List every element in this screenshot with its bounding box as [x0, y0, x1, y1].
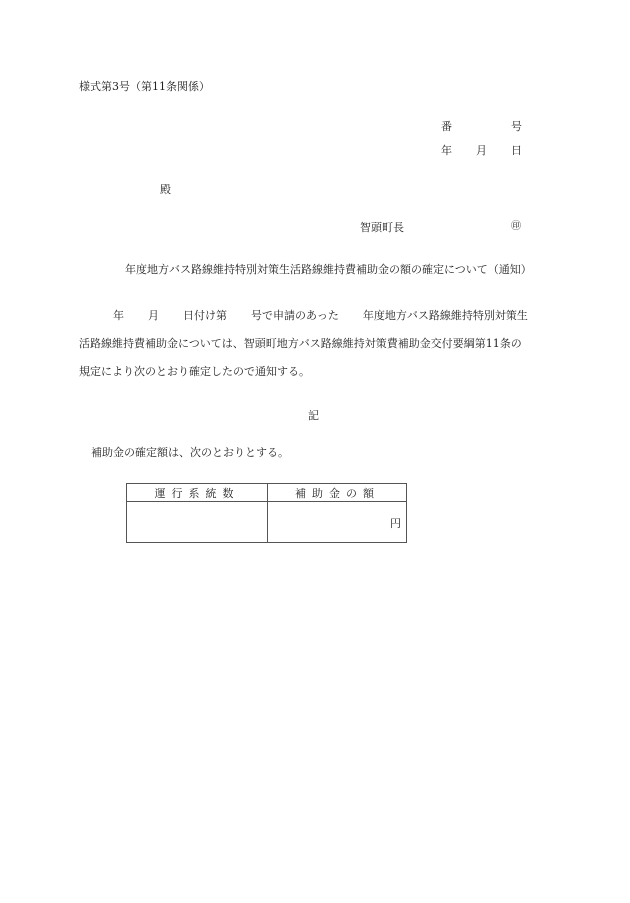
date-month-label: 月	[476, 145, 487, 156]
document-subject: 年度地方バス路線維持特別対策生活路線維持費補助金の額の確定について（通知）	[125, 264, 532, 275]
number-label-go: 号	[511, 121, 522, 132]
header-routes: 運行系統数	[127, 487, 267, 501]
body-month: 月	[148, 310, 159, 321]
yen-unit: 円	[390, 518, 401, 529]
date-day-label: 日	[511, 145, 522, 156]
body-text-part: 年度地方バス路線維持特別対策生	[363, 310, 528, 321]
seal-icon: ㊞	[511, 222, 521, 232]
body-line-1: 年月日付け第号で申請のあった年度地方バス路線維持特別対策生	[113, 310, 528, 321]
sender-title: 智頭町長	[360, 222, 404, 233]
body-year: 年	[113, 310, 124, 321]
number-label-ban: 番	[441, 121, 452, 132]
date-year-label: 年	[441, 145, 452, 156]
amount-intro: 補助金の確定額は、次のとおりとする。	[91, 447, 289, 458]
cell-routes	[127, 502, 267, 543]
body-line-2: 活路線維持費補助金については、智頭町地方バス路線維持対策費補助金交付要綱第11条…	[79, 338, 522, 349]
ki-heading: 記	[308, 410, 319, 421]
cell-amount: 円	[268, 502, 407, 543]
form-id: 様式第3号（第11条関係）	[79, 81, 210, 92]
body-date-part: 日付け第	[183, 310, 227, 321]
body-num-part: 号で申請のあった	[251, 310, 339, 321]
recipient-honorific: 殿	[160, 184, 171, 195]
header-amount: 補助金の額	[268, 487, 407, 501]
amount-table: 運行系統数 補助金の額 円	[126, 483, 407, 543]
body-line-3: 規定により次のとおり確定したので通知する。	[79, 366, 310, 377]
